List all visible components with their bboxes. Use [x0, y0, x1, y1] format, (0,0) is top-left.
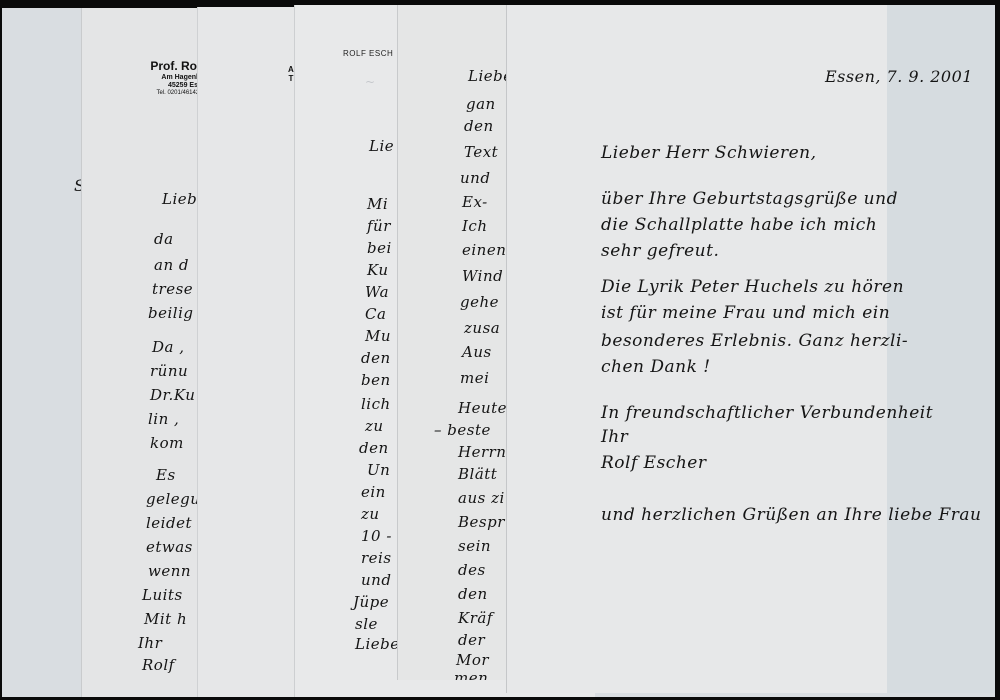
hand-line: reis	[361, 549, 392, 567]
hand-line: Ku	[367, 261, 389, 279]
closing-ihr: Ihr	[601, 427, 628, 447]
hand-line: gan	[466, 95, 496, 113]
hand-line: Herrn	[458, 443, 506, 461]
hand-line: Ca	[365, 305, 386, 323]
bleed-through-text: ~	[365, 75, 375, 89]
hand-line: Blätt	[458, 465, 497, 483]
hand-line: da	[154, 230, 174, 248]
hand-line: bei	[367, 239, 392, 257]
hand-line: der	[458, 631, 485, 649]
signature: Rolf	[142, 656, 175, 674]
hand-line: ein	[361, 483, 386, 501]
hand-line: Mi	[367, 195, 388, 213]
hand-line: Ich	[462, 217, 488, 235]
hand-line: gelegu	[146, 490, 200, 508]
hand-line: Jüpe	[353, 593, 389, 611]
hand-line: Mit h	[144, 610, 187, 628]
body-line: ist für meine Frau und mich ein	[601, 303, 890, 323]
hand-line: rünu	[150, 362, 188, 380]
hand-line: den	[458, 585, 488, 603]
hand-line: einen	[462, 241, 506, 259]
hand-line: den	[361, 349, 391, 367]
hand-line: Liebe	[355, 635, 400, 653]
hand-line: Lie	[369, 137, 394, 155]
hand-line: Wind	[462, 267, 503, 285]
place-date: Essen, 7. 9. 2001	[825, 67, 973, 86]
hand-line: an d	[154, 256, 189, 274]
hand-line: zusa	[464, 319, 500, 337]
letterhead-partial: A T	[288, 65, 294, 83]
body-line: Die Lyrik Peter Huchels zu hören	[601, 277, 904, 297]
hand-line: etwas	[146, 538, 193, 556]
hand-line: für	[367, 217, 391, 235]
hand-line: lin ,	[148, 410, 179, 428]
hand-line: kom	[150, 434, 184, 452]
hand-line: leidet	[146, 514, 192, 532]
hand-line: sein	[458, 537, 491, 555]
hand-line: sle	[355, 615, 378, 633]
hand-line: Un	[367, 461, 390, 479]
body-line: sehr gefreut.	[601, 241, 719, 261]
hand-line: und	[361, 571, 391, 589]
hand-line: Heute	[458, 399, 507, 417]
letterhead-line: A	[288, 65, 294, 74]
hand-line: Mor	[456, 651, 489, 669]
hand-line: Wa	[365, 283, 389, 301]
hand-line: Kräf	[458, 609, 493, 627]
letterhead-line: T	[288, 74, 294, 83]
body-line: besonderes Erlebnis. Ganz herzli-	[601, 331, 908, 351]
postscript: und herzlichen Grüßen an Ihre liebe Frau	[601, 505, 982, 525]
hand-line: Es	[156, 466, 176, 484]
hand-line: 10 -	[361, 527, 392, 545]
hand-line: Ex-	[462, 193, 488, 211]
letterhead: ROLF ESCH	[343, 49, 393, 58]
hand-line: – beste	[434, 421, 491, 439]
signature: Rolf Escher	[601, 453, 706, 473]
hand-line: den	[359, 439, 389, 457]
hand-line: aus zi	[458, 489, 505, 507]
hand-line: Text	[464, 143, 498, 161]
hand-line: mei	[460, 369, 489, 387]
hand-line: und	[460, 169, 490, 187]
hand-line: wenn	[148, 562, 191, 580]
hand-line: gehe	[460, 293, 499, 311]
letter-front: Essen, 7. 9. 2001 Lieber Herr Schwieren,…	[507, 5, 887, 693]
hand-line: des	[458, 561, 486, 579]
hand-line: Mu	[365, 327, 391, 345]
hand-line: beilig	[148, 304, 193, 322]
hand-line: Da ,	[152, 338, 185, 356]
body-line: chen Dank !	[601, 357, 711, 377]
hand-line: Aus	[462, 343, 492, 361]
salutation: Lieber Herr Schwieren,	[601, 143, 817, 163]
hand-line: den	[464, 117, 494, 135]
hand-line: Luits	[142, 586, 183, 604]
hand-line: Ihr	[138, 634, 162, 652]
hand-line: Liebe	[468, 67, 513, 85]
hand-line: zu	[365, 417, 384, 435]
hand-line: Bespr	[458, 513, 505, 531]
body-line: die Schallplatte habe ich mich	[601, 215, 877, 235]
hand-line: ben	[361, 371, 391, 389]
hand-line: men	[454, 669, 488, 680]
body-line: über Ihre Geburtstagsgrüße und	[601, 189, 898, 209]
hand-line: Dr.Ku	[150, 386, 195, 404]
closing: In freundschaftlicher Verbundenheit	[601, 403, 933, 423]
hand-line: lich	[361, 395, 391, 413]
hand-line: zu	[361, 505, 380, 523]
hand-line: trese	[152, 280, 193, 298]
